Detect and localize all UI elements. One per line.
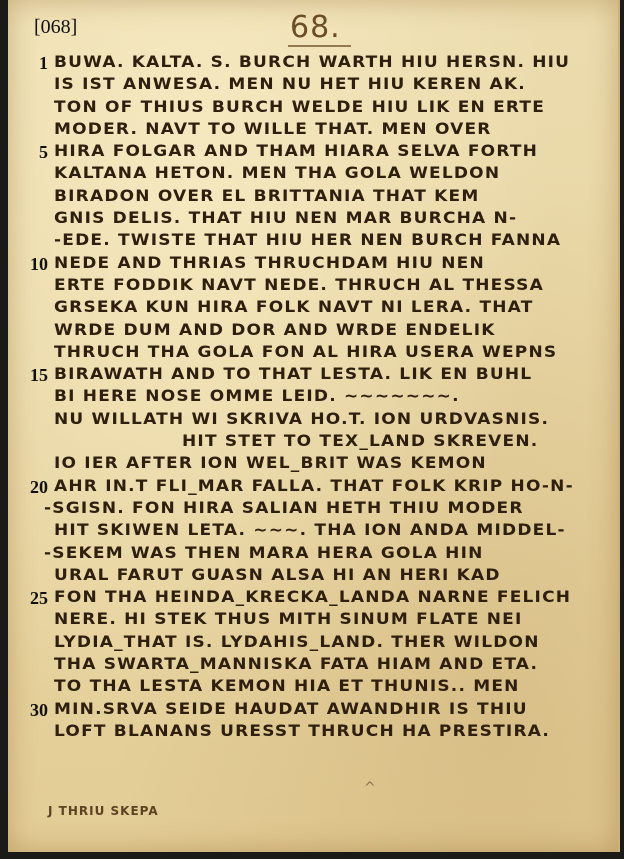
manuscript-line: -SEKEM WAS THEN MARA HERA GOLA HIN: [8, 543, 618, 565]
manuscript-line: GNIS DELIS. THAT HIU NEN MAR BURCHA N-: [8, 208, 618, 230]
line-text: LYDIA_THAT IS. LYDAHIS_LAND. THER WILDON: [54, 632, 540, 651]
line-text: THRUCH THA GOLA FON AL HIRA USERA WEPNS: [54, 342, 557, 361]
line-text: NEDE AND THRIAS THRUCHDAM HIU NEN: [54, 253, 485, 272]
manuscript-line: TO THA LESTA KEMON HIA ET THUNIS.. MEN: [8, 676, 618, 698]
catchword: J THRIU SKEPA: [48, 804, 159, 818]
manuscript-line: -SGISN. FON HIRA SALIAN HETH THIU MODER: [8, 498, 618, 520]
manuscript-page: [068] 68. 1BUWA. KALTA. S. BURCH WARTH H…: [8, 0, 620, 852]
line-text: IO IER AFTER ION WEL_BRIT WAS KEMON: [54, 454, 487, 473]
manuscript-line: 25FON THA HEINDA_KRECKA_LANDA NARNE FELI…: [8, 587, 618, 609]
manuscript-line: THA SWARTA_MANNISKA FATA HIAM AND ETA.: [8, 654, 618, 676]
line-number: 25: [22, 588, 48, 609]
line-text: -SEKEM WAS THEN MARA HERA GOLA HIN: [44, 543, 484, 562]
line-number: 5: [22, 142, 48, 163]
manuscript-line: HIT STET TO TEX_LAND SKREVEN.: [8, 431, 618, 453]
line-text: BIRADON OVER EL BRITTANIA THAT KEM: [54, 186, 479, 205]
line-text: NU WILLATH WI SKRIVA HO.T. ION URDVASNIS…: [54, 409, 549, 428]
manuscript-line: LOFT BLANANS URESST THRUCH HA PRESTIRA.: [8, 721, 618, 743]
line-text: TON OF THIUS BURCH WELDE HIU LIK EN ERTE: [54, 97, 545, 116]
line-text: FON THA HEINDA_KRECKA_LANDA NARNE FELICH: [54, 588, 571, 607]
line-text: BIRAWATH AND TO THAT LESTA. LIK EN BUHL: [54, 365, 532, 384]
line-text: GNIS DELIS. THAT HIU NEN MAR BURCHA N-: [54, 209, 517, 228]
line-text: THA SWARTA_MANNISKA FATA HIAM AND ETA.: [54, 655, 538, 674]
line-text: HIT SKIWEN LETA. ~~~. THA ION ANDA MIDDE…: [54, 521, 566, 540]
manuscript-line: GRSEKA KUN HIRA FOLK NAVT NI LERA. THAT: [8, 297, 618, 319]
line-text: ERTE FODDIK NAVT NEDE. THRUCH AL THESSA: [54, 275, 544, 294]
manuscript-line: WRDE DUM AND DOR AND WRDE ENDELIK: [8, 320, 618, 342]
line-text: HIT STET TO TEX_LAND SKREVEN.: [182, 432, 538, 451]
line-text: WRDE DUM AND DOR AND WRDE ENDELIK: [54, 320, 496, 339]
manuscript-line: 1BUWA. KALTA. S. BURCH WARTH HIU HERSN. …: [8, 52, 618, 74]
manuscript-line: NU WILLATH WI SKRIVA HO.T. ION URDVASNIS…: [8, 409, 618, 431]
manuscript-line: HIT SKIWEN LETA. ~~~. THA ION ANDA MIDDE…: [8, 520, 618, 542]
manuscript-line: THRUCH THA GOLA FON AL HIRA USERA WEPNS: [8, 342, 618, 364]
line-text: TO THA LESTA KEMON HIA ET THUNIS.. MEN: [54, 677, 520, 696]
manuscript-line: IO IER AFTER ION WEL_BRIT WAS KEMON: [8, 453, 618, 475]
manuscript-line: MODER. NAVT TO WILLE THAT. MEN OVER: [8, 119, 618, 141]
line-text: MIN.SRVA SEIDE HAUDAT AWANDHIR IS THIU: [54, 699, 528, 718]
manuscript-line: TON OF THIUS BURCH WELDE HIU LIK EN ERTE: [8, 97, 618, 119]
manuscript-line: LYDIA_THAT IS. LYDAHIS_LAND. THER WILDON: [8, 632, 618, 654]
line-text: BI HERE NOSE OMME LEID. ~~~~~~~.: [54, 387, 460, 406]
manuscript-line: BI HERE NOSE OMME LEID. ~~~~~~~.: [8, 386, 618, 408]
line-text: LOFT BLANANS URESST THRUCH HA PRESTIRA.: [54, 721, 550, 740]
line-number: 15: [22, 365, 48, 386]
manuscript-line: NERE. HI STEK THUS MITH SINUM FLATE NEI: [8, 609, 618, 631]
line-text: HIRA FOLGAR AND THAM HIARA SELVA FORTH: [54, 142, 538, 161]
manuscript-page-number: 68.: [290, 10, 341, 45]
line-text: GRSEKA KUN HIRA FOLK NAVT NI LERA. THAT: [54, 298, 534, 317]
line-text: KALTANA HETON. MEN THA GOLA WELDON: [54, 164, 500, 183]
text-block: 1BUWA. KALTA. S. BURCH WARTH HIU HERSN. …: [8, 52, 618, 743]
manuscript-line: 30MIN.SRVA SEIDE HAUDAT AWANDHIR IS THIU: [8, 699, 618, 721]
line-number: 20: [22, 477, 48, 498]
manuscript-line: -EDE. TWISTE THAT HIU HER NEN BURCH FANN…: [8, 230, 618, 252]
line-text: NERE. HI STEK THUS MITH SINUM FLATE NEI: [54, 610, 523, 629]
manuscript-line: 15BIRAWATH AND TO THAT LESTA. LIK EN BUH…: [8, 364, 618, 386]
manuscript-line: ERTE FODDIK NAVT NEDE. THRUCH AL THESSA: [8, 275, 618, 297]
line-number: 30: [22, 700, 48, 721]
editor-page-number: [068]: [34, 16, 77, 39]
line-text: BUWA. KALTA. S. BURCH WARTH HIU HERSN. H…: [54, 53, 570, 72]
line-text: IS IST ANWESA. MEN NU HET HIU KEREN AK.: [54, 75, 526, 94]
manuscript-line: 20AHR IN.T FLI_MAR FALLA. THAT FOLK KRIP…: [8, 476, 618, 498]
line-number: 10: [22, 254, 48, 275]
manuscript-line: IS IST ANWESA. MEN NU HET HIU KEREN AK.: [8, 74, 618, 96]
line-text: MODER. NAVT TO WILLE THAT. MEN OVER: [54, 119, 492, 138]
line-number: 1: [22, 53, 48, 74]
line-text: URAL FARUT GUASN ALSA HI AN HERI KAD: [54, 565, 501, 584]
manuscript-line: KALTANA HETON. MEN THA GOLA WELDON: [8, 163, 618, 185]
insertion-caret: ^: [364, 780, 376, 796]
manuscript-line: 5HIRA FOLGAR AND THAM HIARA SELVA FORTH: [8, 141, 618, 163]
line-text: -EDE. TWISTE THAT HIU HER NEN BURCH FANN…: [54, 231, 561, 250]
line-text: -SGISN. FON HIRA SALIAN HETH THIU MODER: [44, 498, 524, 517]
manuscript-line: URAL FARUT GUASN ALSA HI AN HERI KAD: [8, 565, 618, 587]
manuscript-line: 10NEDE AND THRIAS THRUCHDAM HIU NEN: [8, 253, 618, 275]
line-text: AHR IN.T FLI_MAR FALLA. THAT FOLK KRIP H…: [54, 476, 574, 495]
manuscript-line: BIRADON OVER EL BRITTANIA THAT KEM: [8, 186, 618, 208]
